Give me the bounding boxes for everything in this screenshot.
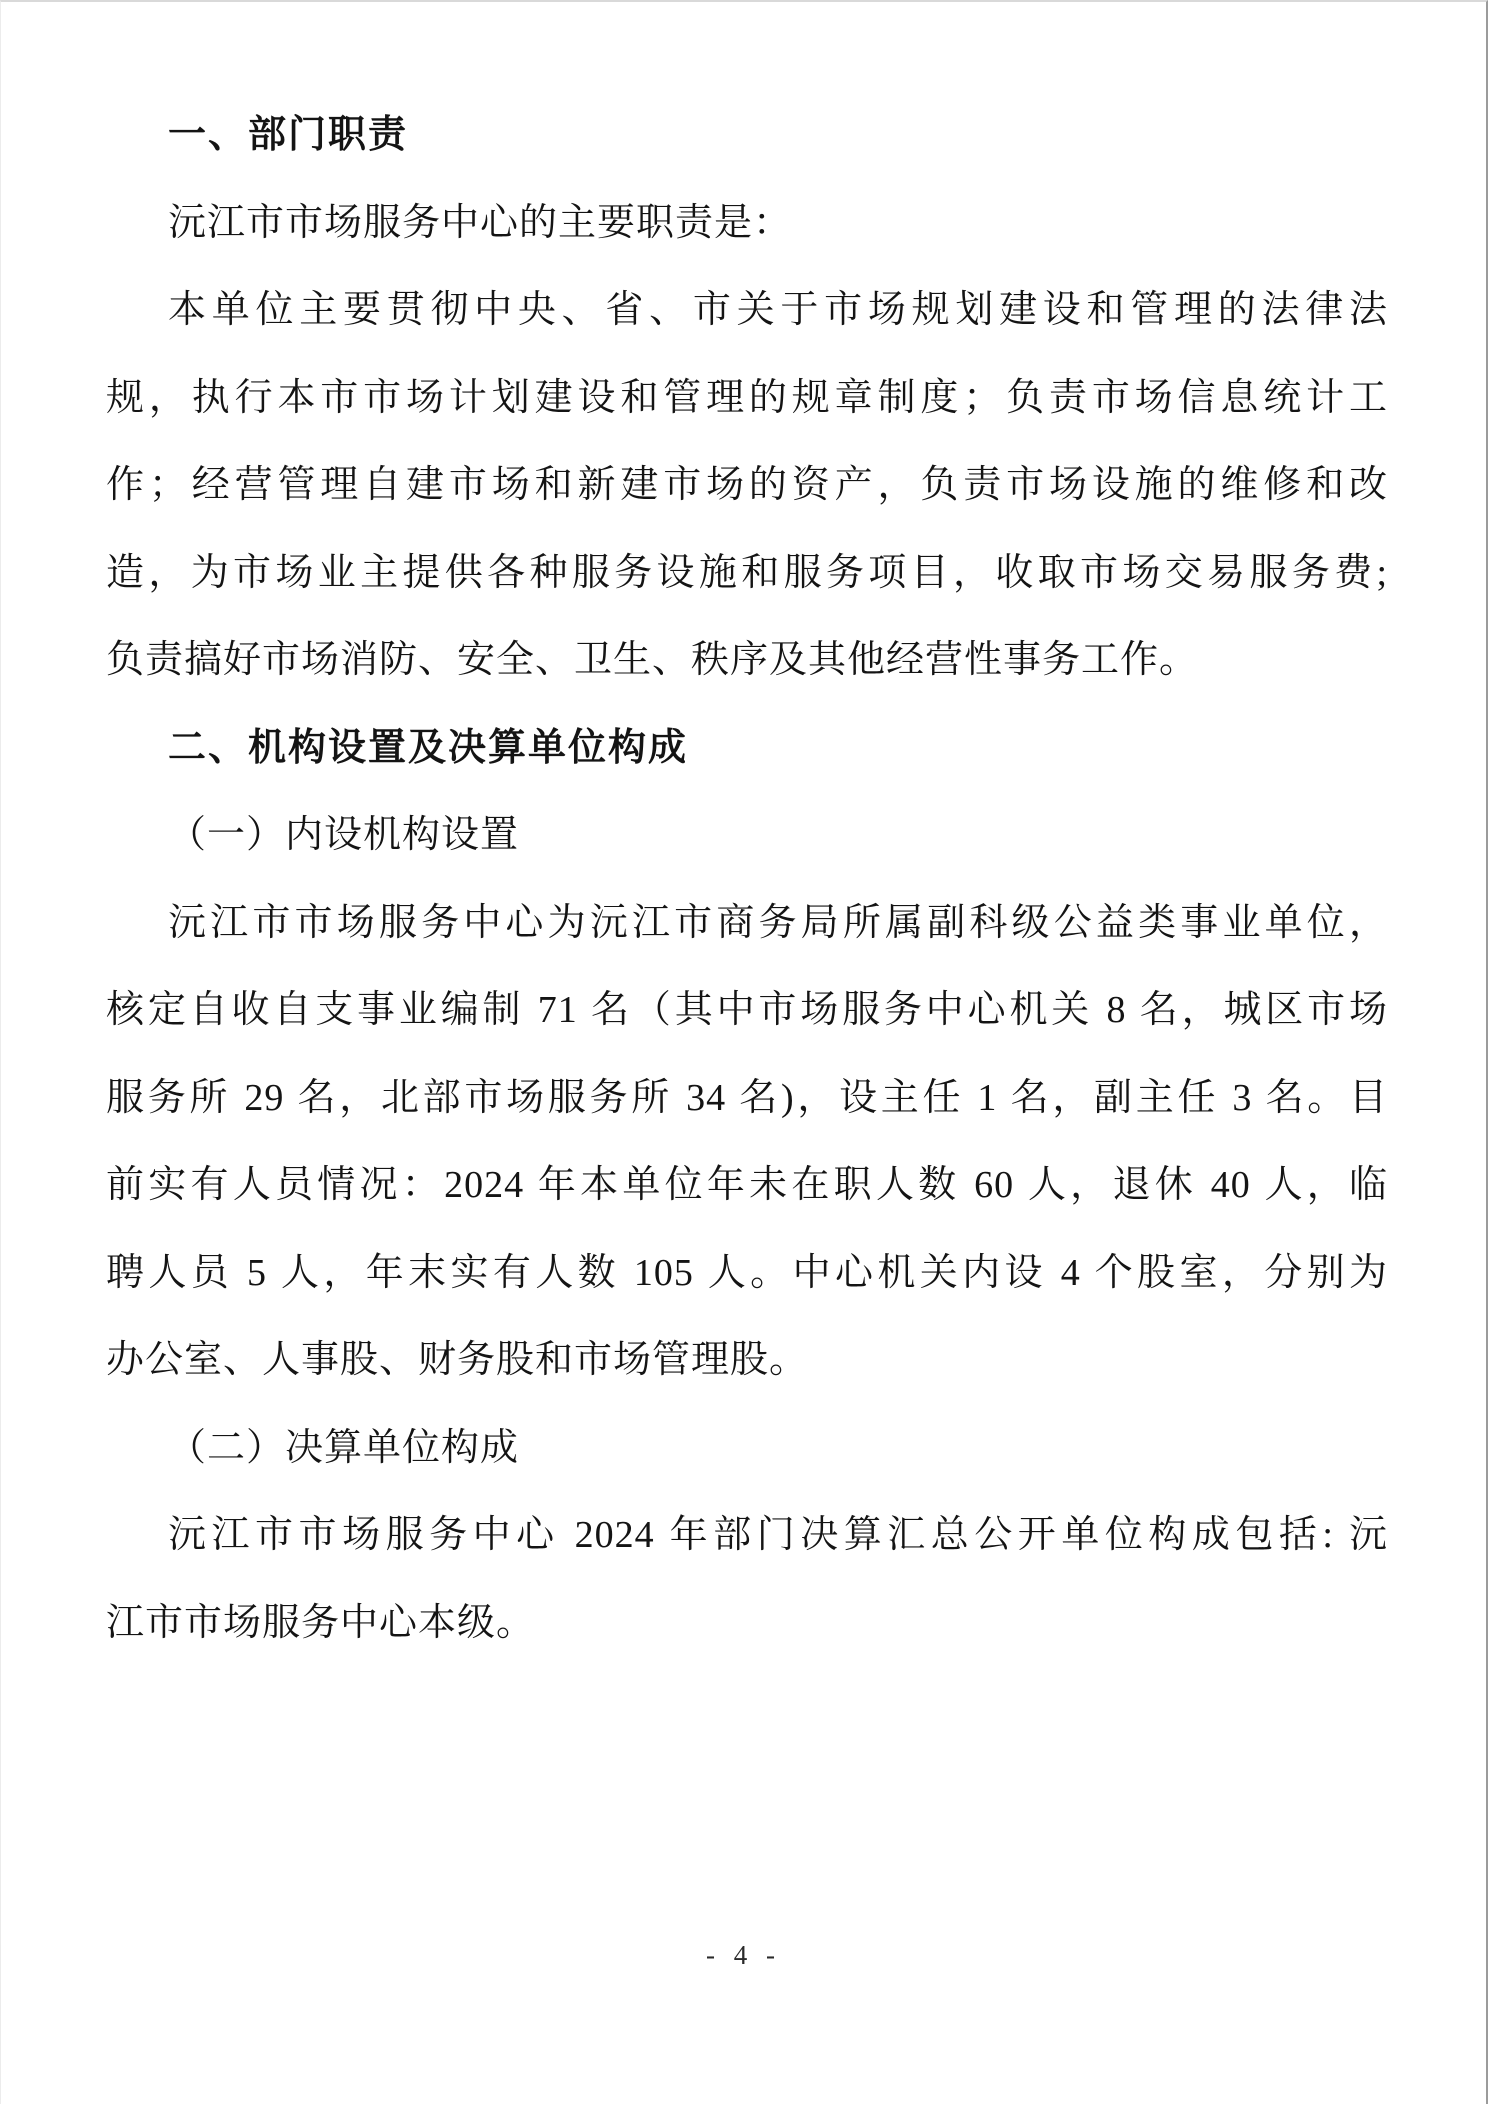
section-2-sub-2-heading: （二）决算单位构成 bbox=[106, 1405, 1388, 1493]
section-2-sub-1-body-line: 沅江市市场服务中心为沅江市商务局所属副科级公益类事业单位， bbox=[106, 880, 1388, 968]
section-2-sub-2-body-line: 江市市场服务中心本级。 bbox=[106, 1580, 1388, 1668]
section-2-sub-1-body-line: 前实有人员情况：2024 年本单位年未在职人数 60 人，退休 40 人，临 bbox=[106, 1142, 1388, 1230]
section-1-heading: 一、部门职责 bbox=[106, 92, 1388, 180]
section-2-sub-1-body-line: 办公室、人事股、财务股和市场管理股。 bbox=[106, 1317, 1388, 1405]
section-2-sub-1-heading: （一）内设机构设置 bbox=[106, 792, 1388, 880]
section-2-heading: 二、机构设置及决算单位构成 bbox=[106, 705, 1388, 793]
section-2-sub-1-body-line: 核定自收自支事业编制 71 名（其中市场服务中心机关 8 名，城区市场 bbox=[106, 967, 1388, 1055]
page-number: - 4 - bbox=[1, 1940, 1486, 1971]
section-1-intro-line: 沅江市市场服务中心的主要职责是： bbox=[106, 180, 1388, 268]
section-2-sub-1-body-line: 聘人员 5 人，年末实有人数 105 人。中心机关内设 4 个股室，分别为 bbox=[106, 1230, 1388, 1318]
section-1-body-line: 造，为市场业主提供各种服务设施和服务项目，收取市场交易服务费; bbox=[106, 530, 1388, 618]
section-1-body-line: 负责搞好市场消防、安全、卫生、秩序及其他经营性事务工作。 bbox=[106, 617, 1388, 705]
section-1-body-line: 规，执行本市市场计划建设和管理的规章制度；负责市场信息统计工 bbox=[106, 355, 1388, 443]
section-2-sub-2-body-line: 沅江市市场服务中心 2024 年部门决算汇总公开单位构成包括: 沅 bbox=[106, 1492, 1388, 1580]
section-2-sub-1-body-line: 服务所 29 名，北部市场服务所 34 名)，设主任 1 名，副主任 3 名。目 bbox=[106, 1055, 1388, 1143]
section-1-body-line: 作；经营管理自建市场和新建市场的资产，负责市场设施的维修和改 bbox=[106, 442, 1388, 530]
document-page: 一、部门职责 沅江市市场服务中心的主要职责是： 本单位主要贯彻中央、省、市关于市… bbox=[0, 0, 1488, 2104]
document-body: 一、部门职责 沅江市市场服务中心的主要职责是： 本单位主要贯彻中央、省、市关于市… bbox=[1, 2, 1486, 1667]
section-1-body-line: 本单位主要贯彻中央、省、市关于市场规划建设和管理的法律法 bbox=[106, 267, 1388, 355]
